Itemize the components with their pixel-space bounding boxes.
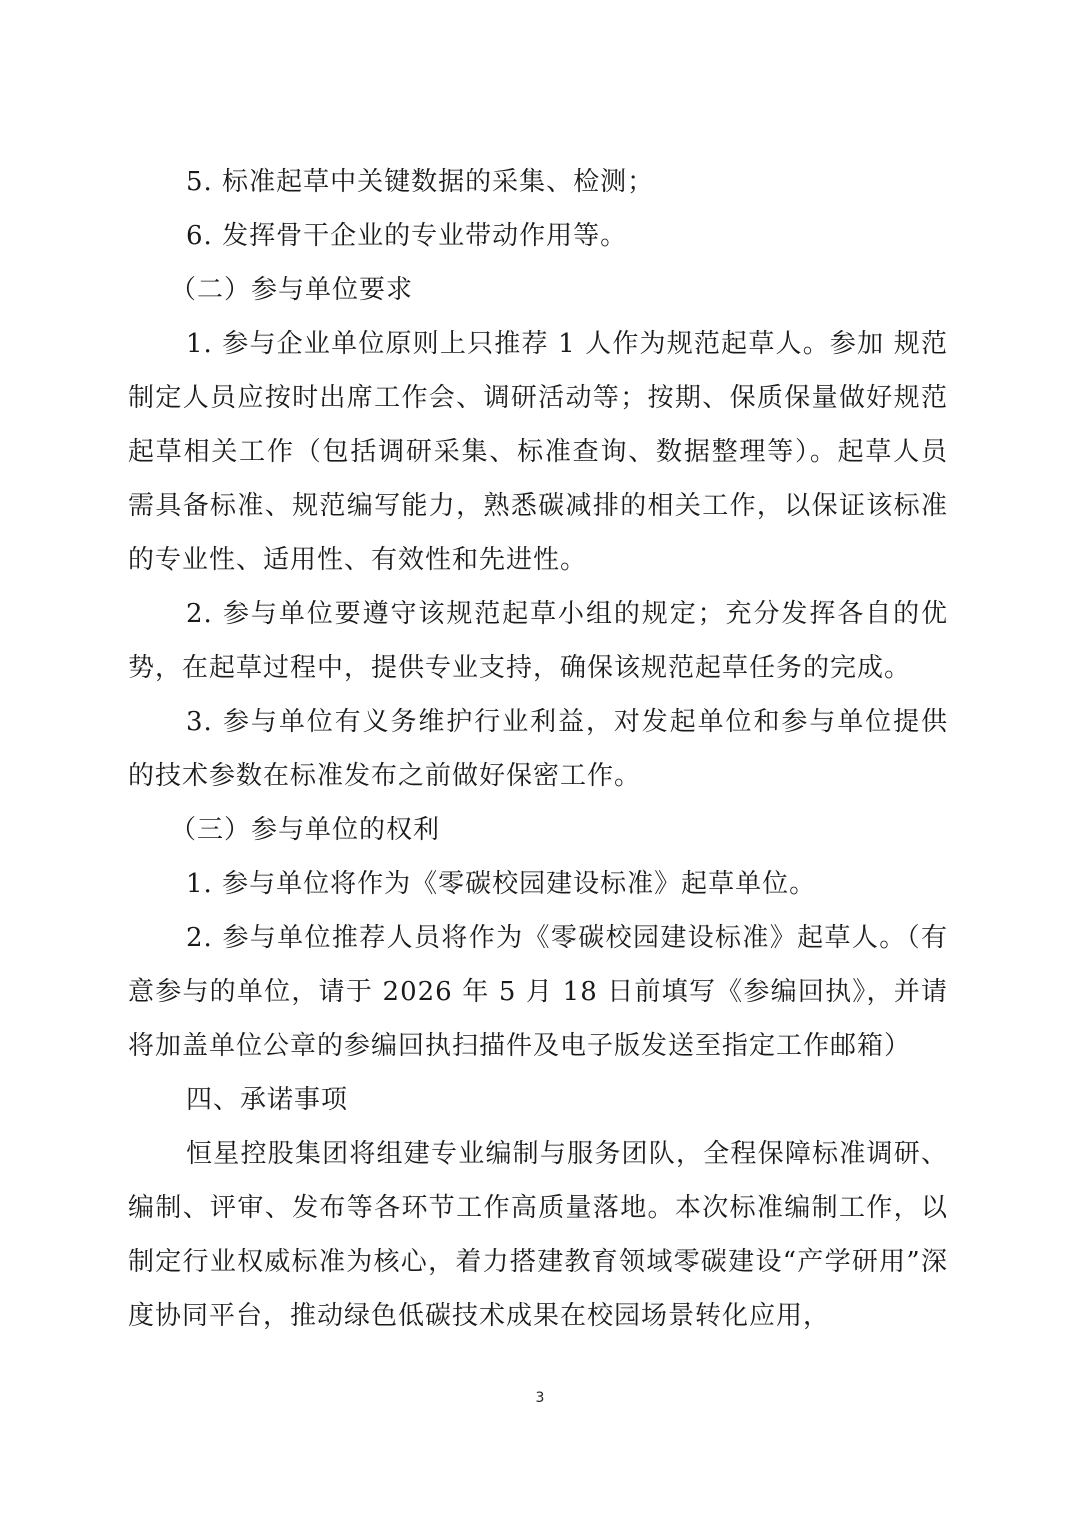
- section-heading-commitments: 四、承诺事项: [128, 1073, 948, 1127]
- document-body: 5. 标准起草中关键数据的采集、检测； 6. 发挥骨干企业的专业带动作用等。 （…: [128, 155, 948, 1343]
- list-item-5: 5. 标准起草中关键数据的采集、检测；: [128, 155, 948, 209]
- commitments-paragraph: 恒星控股集团将组建专业编制与服务团队，全程保障标准调研、编制、评审、发布等各环节…: [128, 1127, 948, 1343]
- rights-item-1: 1. 参与单位将作为《零碳校园建设标准》起草单位。: [128, 857, 948, 911]
- requirement-item-2: 2. 参与单位要遵守该规范起草小组的规定；充分发挥各自的优势，在起草过程中，提供…: [128, 587, 948, 695]
- list-item-6: 6. 发挥骨干企业的专业带动作用等。: [128, 209, 948, 263]
- document-page: 5. 标准起草中关键数据的采集、检测； 6. 发挥骨干企业的专业带动作用等。 （…: [0, 0, 1080, 1527]
- subheading-participant-requirements: （二）参与单位要求: [128, 263, 948, 317]
- requirement-item-1: 1. 参与企业单位原则上只推荐 1 人作为规范起草人。参加 规范制定人员应按时出…: [128, 317, 948, 587]
- rights-item-2: 2. 参与单位推荐人员将作为《零碳校园建设标准》起草人。（有意参与的单位，请于 …: [128, 911, 948, 1073]
- requirement-item-3: 3. 参与单位有义务维护行业利益，对发起单位和参与单位提供的技术参数在标准发布之…: [128, 695, 948, 803]
- page-number: 3: [0, 1390, 1080, 1406]
- subheading-participant-rights: （三）参与单位的权利: [128, 803, 948, 857]
